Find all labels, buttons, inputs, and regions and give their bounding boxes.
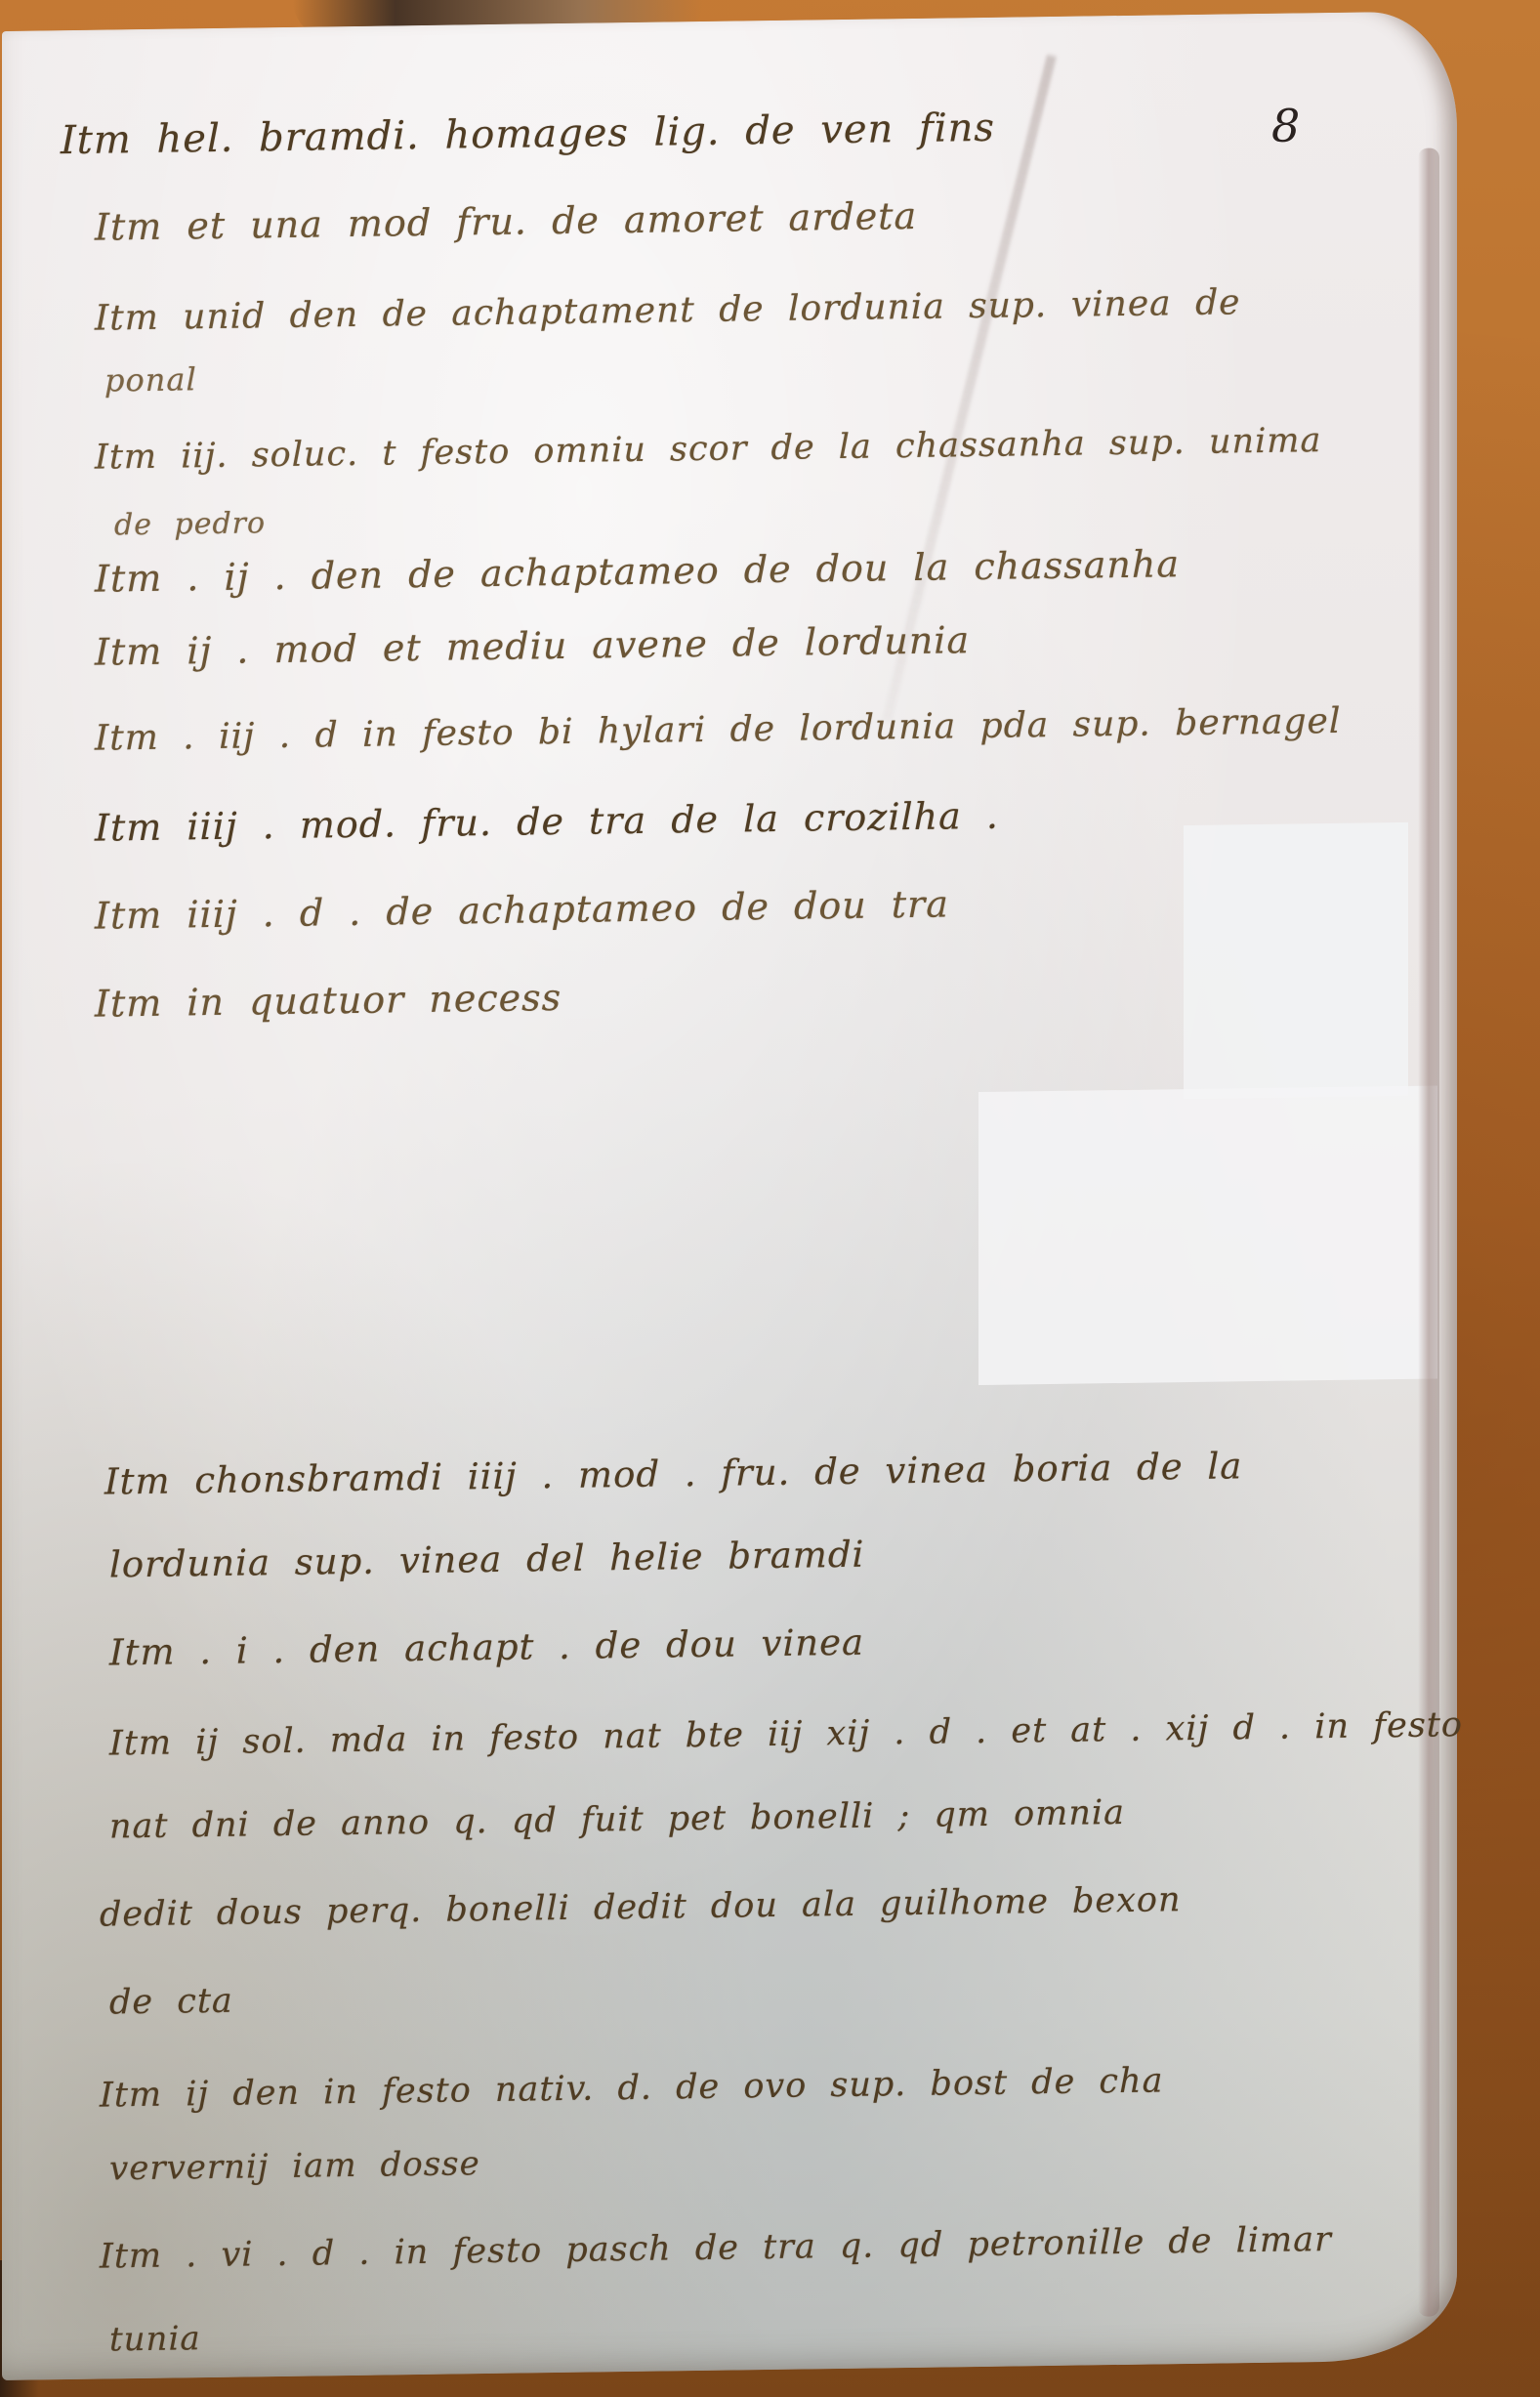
manuscript-line: Itm iiij . mod. fru. de tra de la crozil… — [95, 794, 999, 850]
manuscript-line: Itm chonsbramdi iiij . mod . fru. de vin… — [104, 1445, 1242, 1502]
manuscript-line: tunia — [109, 2319, 201, 2359]
manuscript-line: Itm . ij . den de achaptameo de dou la c… — [95, 542, 1180, 601]
manuscript-line: Itm in quatuor necess — [95, 976, 562, 1026]
page-edge — [1418, 147, 1439, 2316]
manuscript-line: Itm unid den de achaptament de lordunia … — [95, 282, 1240, 338]
manuscript-line: Itm hel. bramdi. homages lig. de ven fin… — [61, 105, 995, 163]
manuscript-line: lordunia sup. vinea del helie bramdi — [109, 1534, 864, 1586]
manuscript-line: dedit dous perq. bonelli dedit dou ala g… — [100, 1880, 1182, 1934]
manuscript-line: Itm ij . mod et mediu avene de lordunia — [95, 618, 970, 674]
manuscript-line: Itm iij. soluc. t festo omniu scor de la… — [95, 421, 1321, 478]
manuscript-line: Itm et una mod fru. de amoret ardeta — [95, 194, 917, 249]
manuscript-line: ponal — [104, 360, 197, 399]
manuscript-line: Itm . i . den achapt . de dou vinea — [109, 1621, 864, 1674]
manuscript-line: Itm ij sol. mda in festo nat bte iij xij… — [109, 1705, 1463, 1763]
manuscript-line: ververnij iam dosse — [109, 2144, 480, 2188]
folio-number: 8 — [1271, 99, 1300, 151]
manuscript-line: de pedro — [114, 506, 266, 542]
manuscript-page: 8 Itm hel. bramdi. homages lig. de ven f… — [2, 11, 1457, 2380]
paper-repair-patch — [1184, 822, 1408, 1099]
manuscript-line: nat dni de anno q. qd fuit pet bonelli ;… — [109, 1793, 1125, 1847]
manuscript-line: Itm . vi . d . in festo pasch de tra q. … — [100, 2220, 1332, 2277]
manuscript-line: Itm iiij . d . de achaptameo de dou tra — [95, 882, 949, 937]
manuscript-line: Itm . iij . d in festo bi hylari de lord… — [95, 701, 1341, 759]
manuscript-line: Itm ij den in festo nativ. d. de ovo sup… — [100, 2061, 1163, 2115]
paper-repair-patch — [978, 1085, 1437, 1385]
manuscript-line: de cta — [109, 1982, 233, 2023]
